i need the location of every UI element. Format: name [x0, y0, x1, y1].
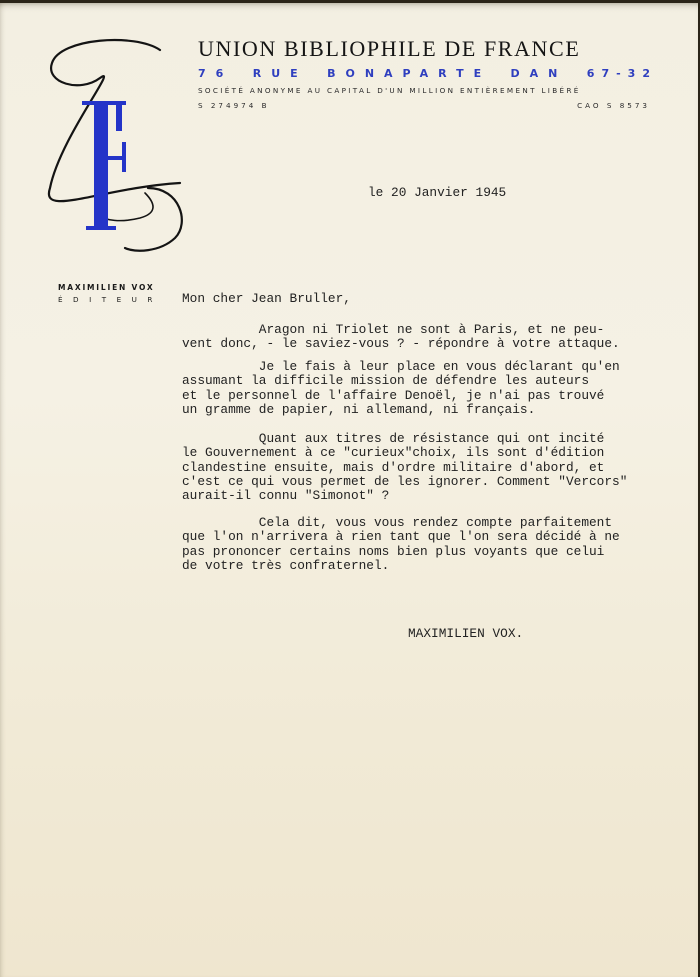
company-name: UNION BIBLIOPHILE DE FRANCE	[198, 36, 650, 62]
address-number: 76	[198, 67, 233, 80]
letter-paragraph: Je le fais à leur place en vous déclaran…	[182, 360, 620, 417]
letter-date: le 20 Janvier 1945	[368, 186, 506, 200]
letter-salutation: Mon cher Jean Bruller,	[182, 292, 351, 306]
editor-role: ÉDITEUR	[58, 295, 163, 304]
company-legal-line: SOCIÉTÉ ANONYME AU CAPITAL D'UN MILLION …	[198, 86, 650, 95]
phone-number: 67-32	[587, 67, 657, 80]
registration-line: S 274974 B CAO S 8573	[198, 101, 650, 110]
ubf-monogram-logo	[40, 38, 185, 263]
letter-page: UNION BIBLIOPHILE DE FRANCE 76 RUE BONAP…	[0, 3, 698, 977]
letter-signature: MAXIMILIEN VOX.	[408, 627, 523, 641]
letter-paragraph: Quant aux titres de résistance qui ont i…	[182, 432, 627, 503]
editor-name: MAXIMILIEN VOX	[58, 283, 154, 292]
letter-paragraph: Cela dit, vous vous rendez compte parfai…	[182, 516, 620, 573]
address-rue: RUE	[253, 67, 308, 80]
registration-left: S 274974 B	[198, 101, 270, 110]
registration-right: CAO S 8573	[577, 101, 650, 110]
address-street: BONAPARTE	[327, 67, 491, 80]
letter-paragraph: Aragon ni Triolet ne sont à Paris, et ne…	[182, 323, 620, 352]
phone-exchange: DAN	[511, 67, 568, 80]
company-address: 76 RUE BONAPARTE DAN 67-32	[198, 67, 650, 80]
